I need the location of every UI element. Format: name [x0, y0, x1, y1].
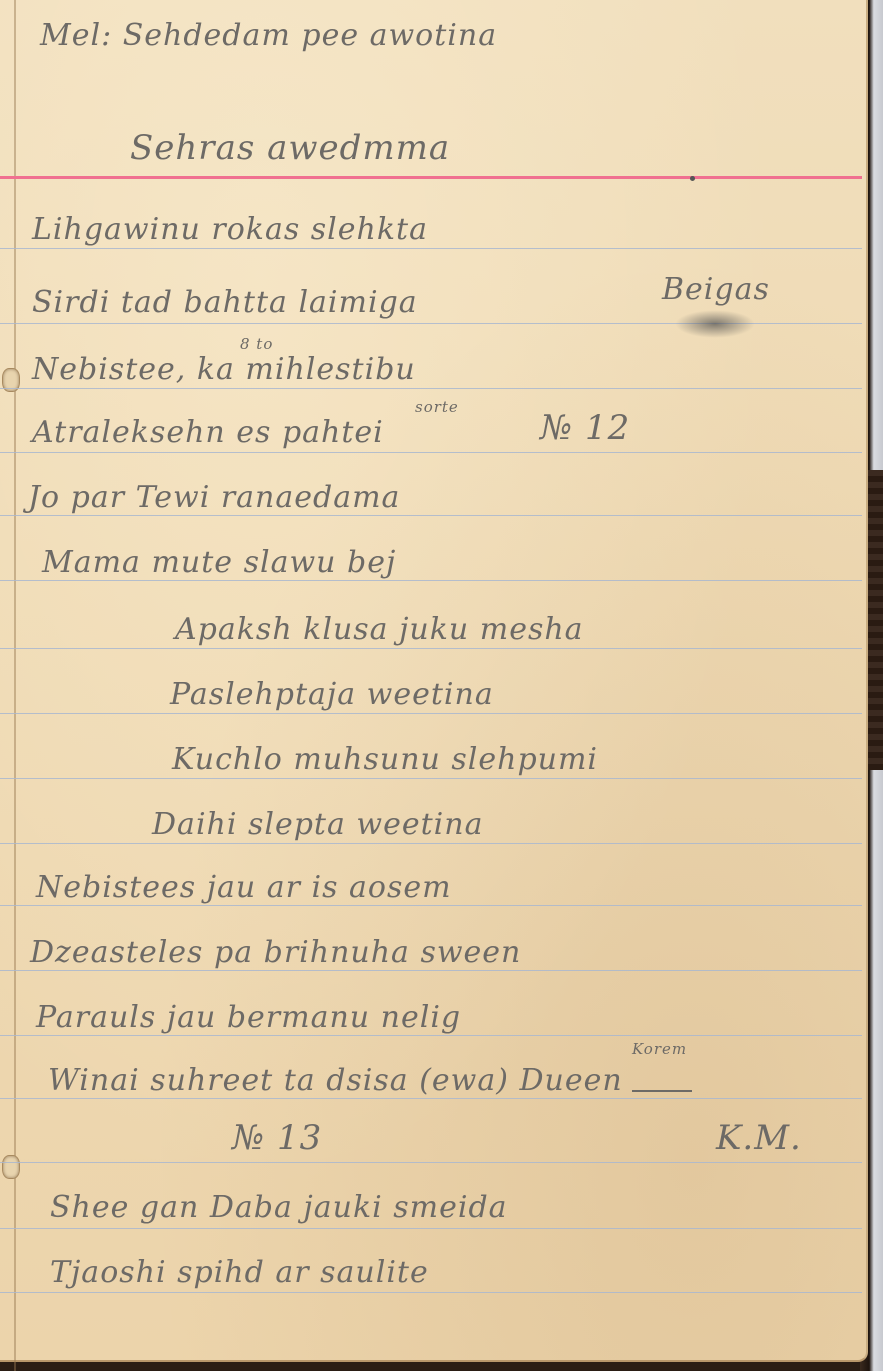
ruled-line	[0, 970, 862, 971]
author-initials: K.M.	[716, 1118, 802, 1158]
song-number: № 13	[232, 1118, 322, 1158]
verse-line: Nebistee, ka mihlestibu	[32, 352, 416, 387]
ink-dot	[690, 176, 695, 181]
song-title: Sehras awedmma	[130, 128, 450, 168]
ruled-line	[0, 1292, 862, 1293]
melody-note: Mel: Sehdedam pee awotina	[40, 18, 497, 53]
verse-line: Shee gan Daba jauki smeida	[50, 1190, 508, 1225]
verse-line: Jo par Tewi ranaedama	[28, 480, 400, 515]
verse-line: Atraleksehn es pahtei	[32, 415, 384, 450]
ruled-line	[0, 1162, 862, 1163]
margin-rule-red	[0, 176, 862, 179]
ruled-line	[0, 248, 862, 249]
verse-line: Dzeasteles pa brihnuha sween	[30, 935, 521, 970]
ruled-line	[0, 905, 862, 906]
ruled-line	[0, 778, 862, 779]
verse-line: Sirdi tad bahtta laimiga	[32, 285, 418, 320]
ruled-line	[0, 515, 862, 516]
verse-line: Kuchlo muhsunu slehpumi	[172, 742, 598, 777]
ruled-line	[0, 1035, 862, 1036]
verse-line: Lihgawinu rokas slehkta	[32, 212, 428, 247]
margin-note: Beigas	[662, 272, 770, 307]
notebook-page: Mel: Sehdedam pee awotina Sehras awedmma…	[0, 0, 868, 1362]
verse-line: Winai suhreet ta dsisa (ewa) Dueen	[48, 1063, 623, 1098]
verse-line: Mama mute slawu bej	[42, 545, 396, 580]
verse-line: Paslehptaja weetina	[170, 677, 494, 712]
verse-line: Tjaoshi spihd ar saulite	[50, 1255, 429, 1290]
ruled-line	[0, 1228, 862, 1229]
ruled-line	[0, 580, 862, 581]
superscript-annotation: sorte	[415, 398, 459, 416]
verse-line: Apaksh klusa juku mesha	[175, 612, 584, 647]
strikethrough-mark	[632, 1090, 692, 1092]
pencil-smudge	[675, 310, 755, 338]
notebook-cover-edge	[868, 470, 883, 770]
song-number: № 12	[540, 408, 630, 448]
ruled-line	[0, 1098, 862, 1099]
ruled-line	[0, 843, 862, 844]
ruled-line	[0, 713, 862, 714]
ruled-line	[0, 452, 862, 453]
verse-line: Nebistees jau ar is aosem	[36, 870, 452, 905]
superscript-annotation: 8 to	[240, 335, 273, 353]
ruled-line	[0, 388, 862, 389]
binding-hole	[2, 1155, 20, 1179]
verse-line: Parauls jau bermanu nelig	[36, 1000, 461, 1035]
superscript-annotation: Korem	[632, 1040, 687, 1058]
verse-line: Daihi slepta weetina	[152, 807, 483, 842]
ruled-line	[0, 648, 862, 649]
